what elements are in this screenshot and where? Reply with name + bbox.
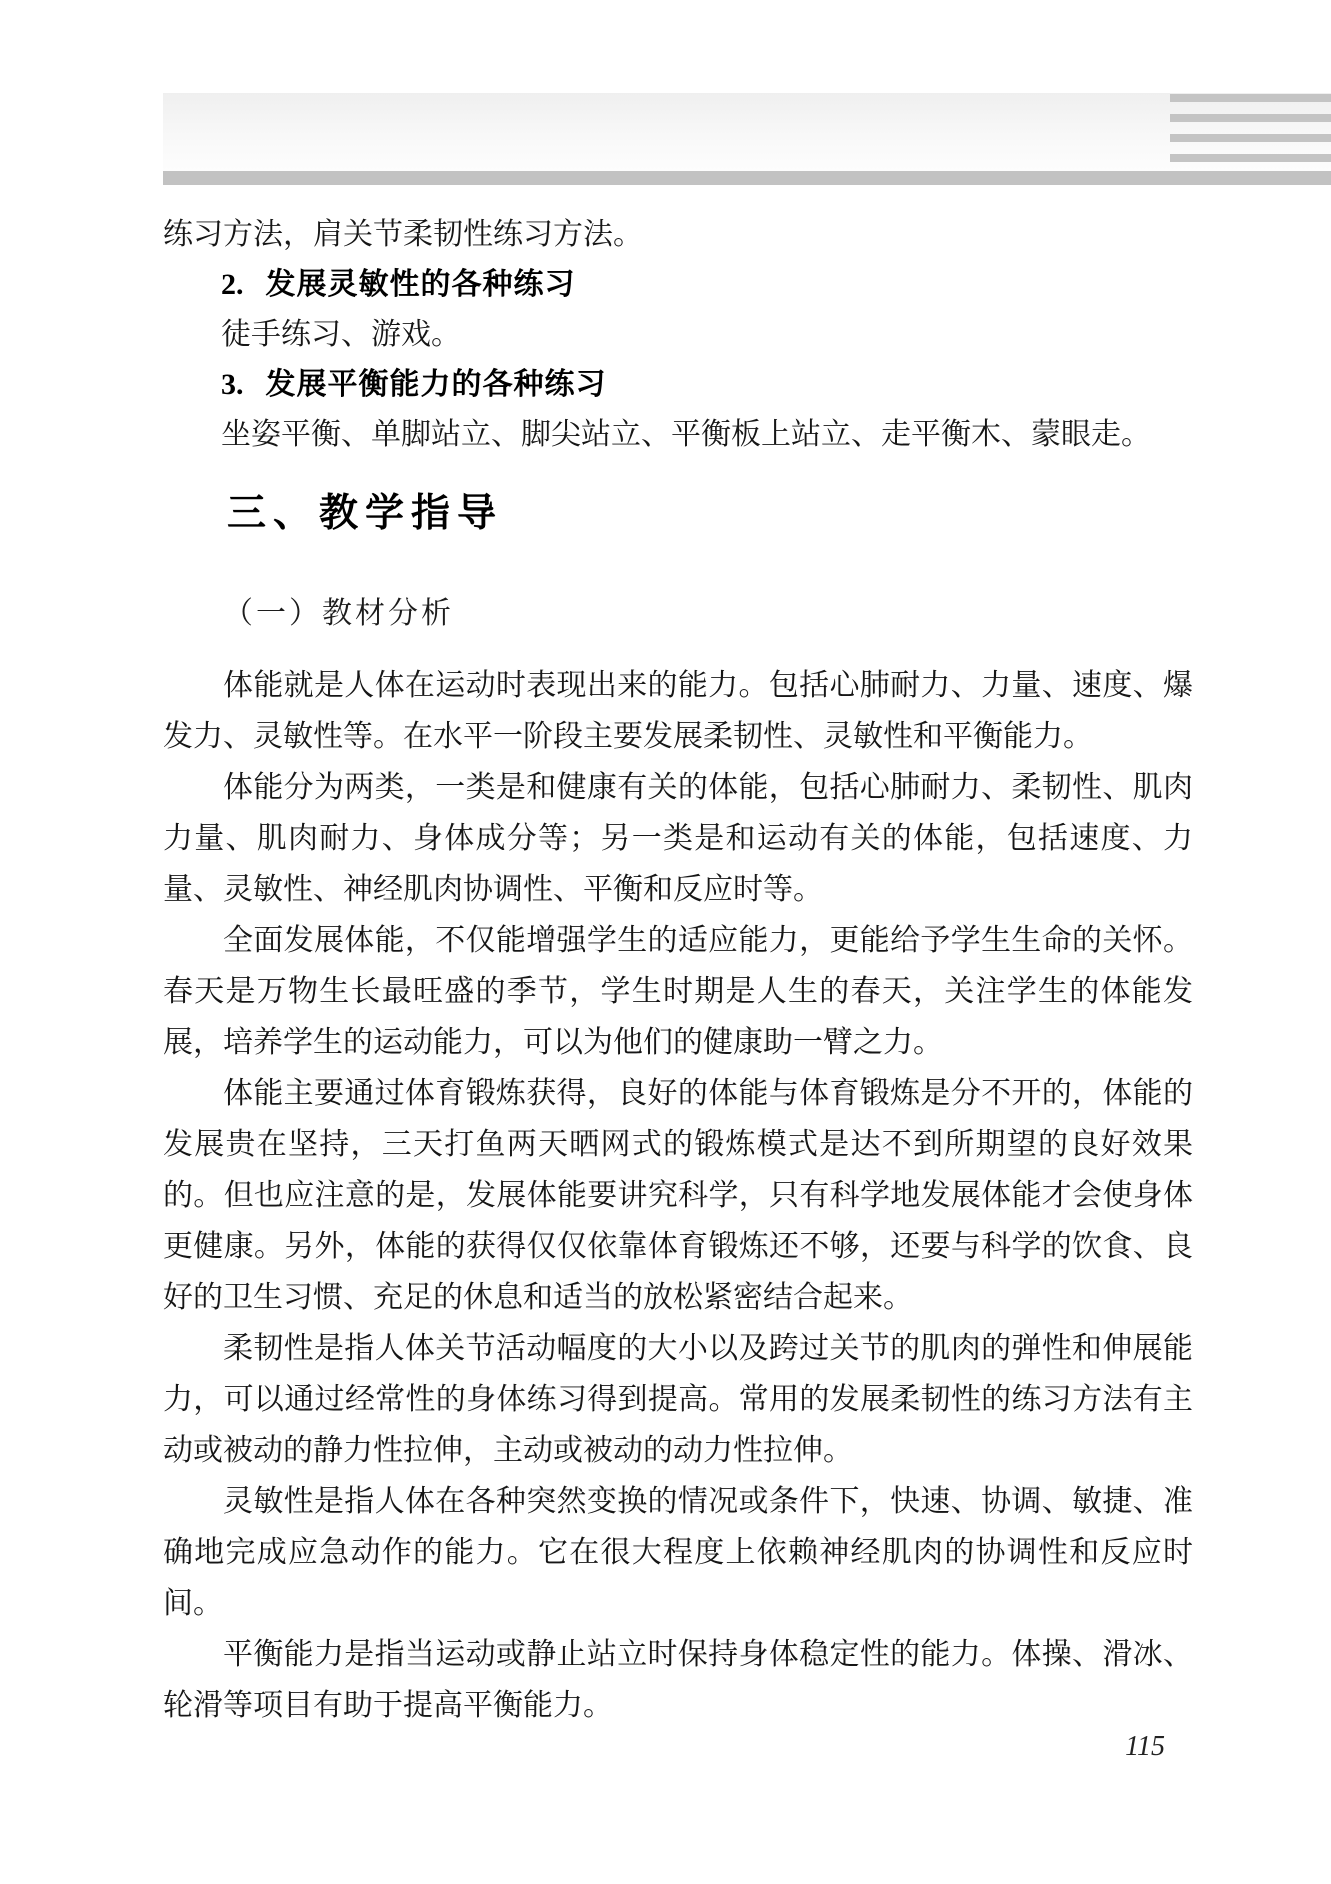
header-stripe-4 (1170, 154, 1331, 162)
page-number: 115 (1125, 1731, 1165, 1763)
header-stripe-1 (1170, 94, 1331, 102)
paragraph: 体能就是人体在运动时表现出来的能力。包括心肺耐力、力量、速度、爆发力、灵敏性等。… (163, 660, 1193, 762)
list-heading-2-title: 发展灵敏性的各种练习 (266, 268, 576, 301)
paragraph: 灵敏性是指人体在各种突然变换的情况或条件下，快速、协调、敏捷、准确地完成应急动作… (163, 1476, 1193, 1629)
header-stripe-decoration (1170, 94, 1331, 174)
list-body-3: 坐姿平衡、单脚站立、脚尖站立、平衡板上站立、走平衡木、蒙眼走。 (163, 410, 1193, 460)
subsection-title: （一）教材分析 (163, 584, 1193, 644)
header-rule (163, 171, 1331, 185)
page-content: 练习方法，肩关节柔韧性练习方法。 2.发展灵敏性的各种练习 徒手练习、游戏。 3… (163, 210, 1193, 1731)
paragraph: 平衡能力是指当运动或静止站立时保持身体稳定性的能力。体操、滑冰、轮滑等项目有助于… (163, 1629, 1193, 1731)
header-stripe-3 (1170, 134, 1331, 142)
paragraph: 柔韧性是指人体关节活动幅度的大小以及跨过关节的肌肉的弹性和伸展能力，可以通过经常… (163, 1323, 1193, 1476)
paragraph: 体能主要通过体育锻炼获得，良好的体能与体育锻炼是分不开的，体能的发展贵在坚持，三… (163, 1068, 1193, 1323)
list-heading-2: 2.发展灵敏性的各种练习 (163, 260, 1193, 310)
section-title: 三、教学指导 (163, 484, 1193, 544)
body-paragraphs: 体能就是人体在运动时表现出来的能力。包括心肺耐力、力量、速度、爆发力、灵敏性等。… (163, 660, 1193, 1731)
header-stripe-2 (1170, 114, 1331, 122)
header-band (163, 93, 1331, 171)
paragraph: 体能分为两类，一类是和健康有关的体能，包括心肺耐力、柔韧性、肌肉力量、肌肉耐力、… (163, 762, 1193, 915)
list-heading-3: 3.发展平衡能力的各种练习 (163, 360, 1193, 410)
list-heading-2-number: 2. (221, 268, 244, 301)
list-body-2: 徒手练习、游戏。 (163, 310, 1193, 360)
continuation-line: 练习方法，肩关节柔韧性练习方法。 (163, 210, 1193, 260)
list-heading-3-title: 发展平衡能力的各种练习 (266, 368, 607, 401)
paragraph: 全面发展体能，不仅能增强学生的适应能力，更能给予学生生命的关怀。春天是万物生长最… (163, 915, 1193, 1068)
list-heading-3-number: 3. (221, 368, 244, 401)
